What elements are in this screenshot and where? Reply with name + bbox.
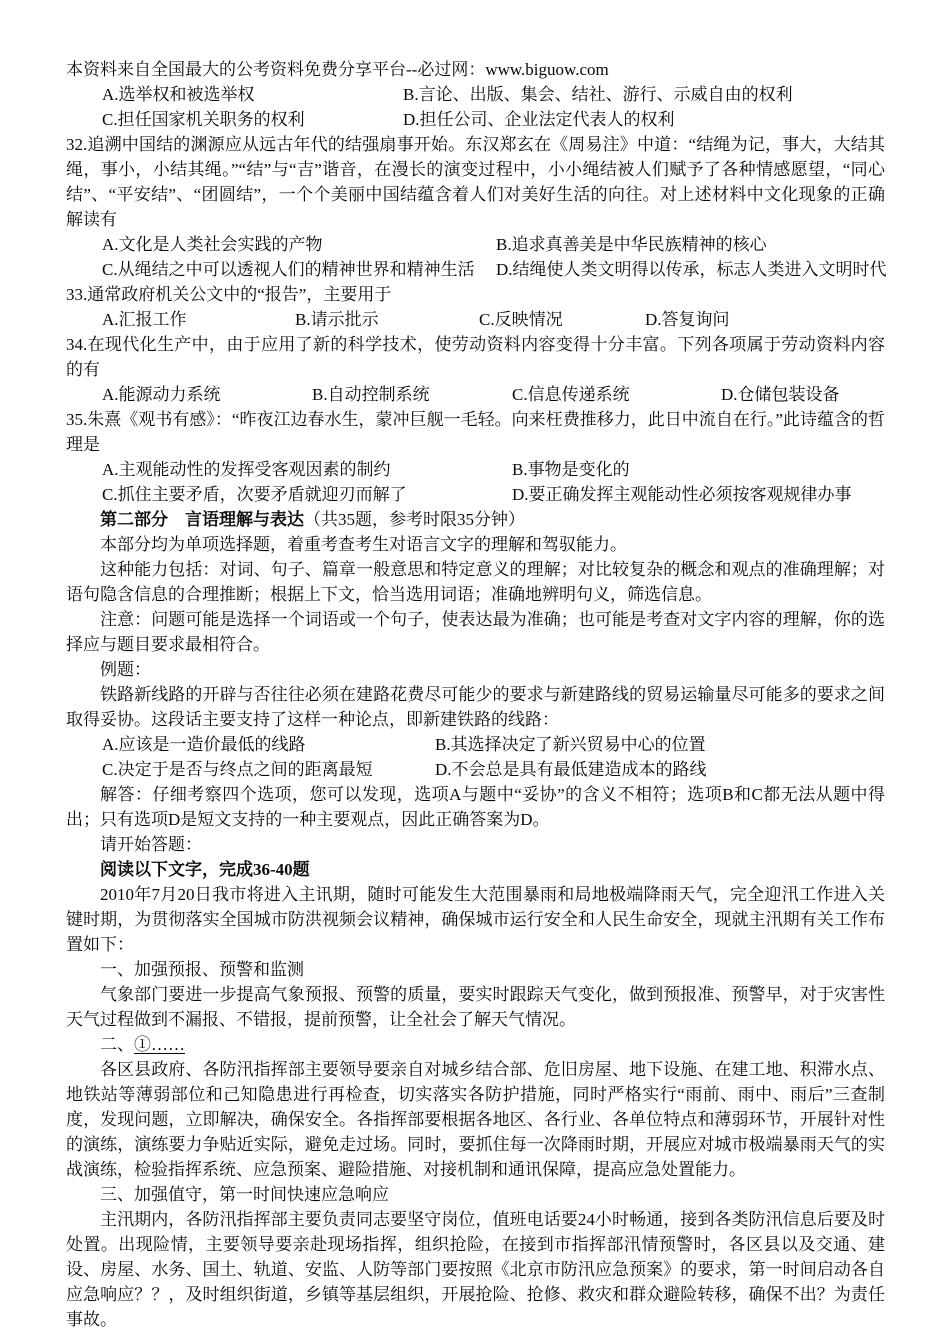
passage-subheading-2: 二、①…… — [66, 1032, 885, 1057]
passage-blank-1: ①…… — [134, 1035, 185, 1054]
q33-option-d: D.答复询问 — [645, 307, 730, 332]
q34-option-b: B.自动控制系统 — [312, 382, 430, 407]
example-option-d: D.不会总是具有最低建造成本的路线 — [435, 757, 707, 782]
example-label: 例题： — [66, 657, 885, 682]
q35-options-row-cd: C.抓住主要矛盾，次要矛盾就迎刃而解了 D.要正确发挥主观能动性必须按客观规律办… — [66, 482, 885, 507]
q32-option-a: A.文化是人类社会实践的产物 — [102, 232, 323, 257]
begin-answer-note: 请开始答题： — [66, 832, 885, 857]
example-stem: 铁路新线路的开辟与否往往必须在建路花费尽可能少的要求与新建路线的贸易运输量尽可能… — [66, 682, 885, 732]
q32-stem: 32.追溯中国结的渊源应从远古年代的结强扇事开始。东汉郑玄在《周易注》中道：“结… — [66, 132, 885, 232]
q32-option-b: B.追求真善美是中华民族精神的核心 — [496, 232, 767, 257]
q31-options-row-ab: A.选举权和被选举权 B.言论、出版、集会、结社、游行、示威自由的权利 — [66, 82, 885, 107]
example-options-row-ab: A.应该是一造价最低的线路 B.其选择决定了新兴贸易中心的位置 — [66, 732, 885, 757]
q33-option-b: B.请示批示 — [295, 307, 379, 332]
q34-stem: 34.在现代化生产中，由于应用了新的科学技术，使劳动资料内容变得十分丰富。下列各… — [66, 332, 885, 382]
q31-option-c: C.担任国家机关职务的权利 — [102, 107, 305, 132]
section2-heading: 第二部分 言语理解与表达（共35题，参考时限35分钟） — [66, 507, 885, 532]
q35-option-b: B.事物是变化的 — [512, 457, 630, 482]
q33-option-a: A.汇报工作 — [102, 307, 187, 332]
q31-option-a: A.选举权和被选举权 — [102, 82, 255, 107]
passage-heading: 阅读以下文字，完成36-40题 — [66, 857, 885, 882]
q35-stem: 35.朱熹《观书有感》：“昨夜江边春水生，蒙冲巨舰一毛轻。向来枉费推移力，此日中… — [66, 407, 885, 457]
example-solution: 解答：仔细考察四个选项，您可以发现，选项A与题中“妥协”的含义不相符；选项B和C… — [66, 782, 885, 832]
q34-options-row: A.能源动力系统 B.自动控制系统 C.信息传递系统 D.仓储包装设备 — [66, 382, 885, 407]
q34-option-d: D.仓储包装设备 — [721, 382, 840, 407]
q32-options-row-ab: A.文化是人类社会实践的产物 B.追求真善美是中华民族精神的核心 — [66, 232, 885, 257]
section2-intro-2: 这种能力包括：对词、句子、篇章一般意思和特定意义的理解；对比较复杂的概念和观点的… — [66, 557, 885, 607]
q33-stem: 33.通常政府机关公文中的“报告”，主要用于 — [66, 282, 885, 307]
q33-options-row: A.汇报工作 B.请示批示 C.反映情况 D.答复询问 — [66, 307, 885, 332]
section2-note: 注意：问题可能是选择一个词语或一个句子，使表达最为准确；也可能是考查对文字内容的… — [66, 607, 885, 657]
q35-option-a: A.主观能动性的发挥受客观因素的制约 — [102, 457, 391, 482]
example-options-row-cd: C.决定于是否与终点之间的距离最短 D.不会总是具有最低建造成本的路线 — [66, 757, 885, 782]
passage-subheading-1: 一、加强预报、预警和监测 — [66, 957, 885, 982]
q35-option-d: D.要正确发挥主观能动性必须按客观规律办事 — [512, 482, 852, 507]
q34-option-a: A.能源动力系统 — [102, 382, 221, 407]
example-option-a: A.应该是一造价最低的线路 — [102, 732, 306, 757]
passage-paragraph-3: 各区县政府、各防汛指挥部主要领导要亲自对城乡结合部、危旧房屋、地下设施、在建工地… — [66, 1057, 885, 1182]
example-option-b: B.其选择决定了新兴贸易中心的位置 — [435, 732, 706, 757]
passage-paragraph-4: 主汛期内，各防汛指挥部主要负责同志要坚守岗位，值班电话要24小时畅通，接到各类防… — [66, 1207, 885, 1332]
example-option-c: C.决定于是否与终点之间的距离最短 — [102, 757, 373, 782]
q31-option-b: B.言论、出版、集会、结社、游行、示威自由的权利 — [403, 82, 793, 107]
q31-options-row-cd: C.担任国家机关职务的权利 D.担任公司、企业法定代表人的权利 — [66, 107, 885, 132]
q31-option-d: D.担任公司、企业法定代表人的权利 — [403, 107, 675, 132]
q35-options-row-ab: A.主观能动性的发挥受客观因素的制约 B.事物是变化的 — [66, 457, 885, 482]
q32-option-d: D.结绳使人类文明得以传承，标志人类进入文明时代 — [496, 257, 887, 282]
q32-options-row-cd: C.从绳结之中可以透视人们的精神世界和精神生活 D.结绳使人类文明得以传承，标志… — [66, 257, 885, 282]
passage-subheading-2-prefix: 二、 — [100, 1035, 134, 1054]
section2-title-note: （共35题，参考时限35分钟） — [304, 510, 525, 529]
source-header: 本资料来自全国最大的公考资料免费分享平台--必过网：www.biguow.com — [66, 57, 885, 82]
section2-intro-1: 本部分均为单项选择题，着重考查考生对语言文字的理解和驾驭能力。 — [66, 532, 885, 557]
q35-option-c: C.抓住主要矛盾，次要矛盾就迎刃而解了 — [102, 482, 407, 507]
passage-subheading-3: 三、加强值守，第一时间快速应急响应 — [66, 1182, 885, 1207]
q33-option-c: C.反映情况 — [479, 307, 563, 332]
section2-title: 第二部分 言语理解与表达 — [100, 510, 304, 529]
document-page: 本资料来自全国最大的公考资料免费分享平台--必过网：www.biguow.com… — [0, 0, 950, 1344]
passage-paragraph-2: 气象部门要进一步提高气象预报、预警的质量，要实时跟踪天气变化，做到预报准、预警早… — [66, 982, 885, 1032]
passage-paragraph-1: 2010年7月20日我市将进入主讯期，随时可能发生大范围暴雨和局地极端降雨天气，… — [66, 882, 885, 957]
q32-option-c: C.从绳结之中可以透视人们的精神世界和精神生活 — [102, 257, 475, 282]
q34-option-c: C.信息传递系统 — [512, 382, 630, 407]
